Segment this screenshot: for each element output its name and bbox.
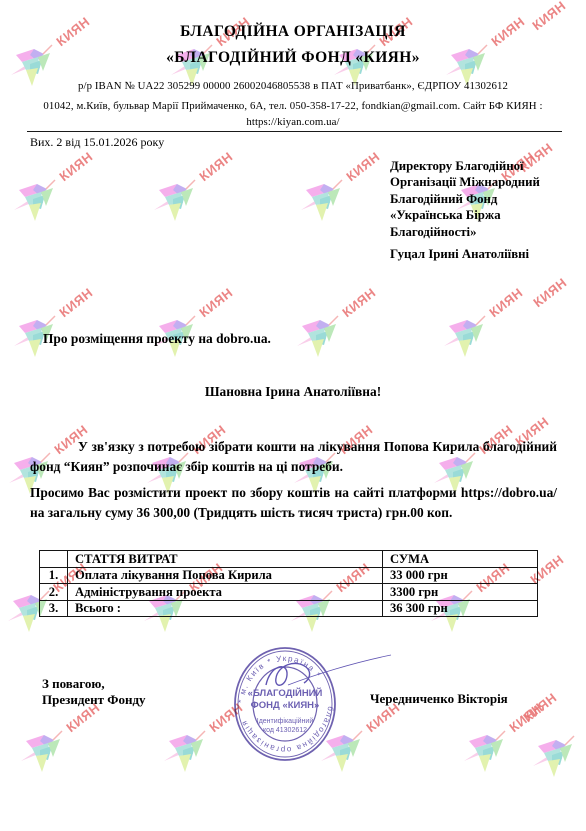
- header-cell-num: [40, 551, 68, 568]
- row-num: 3.: [40, 600, 68, 617]
- row-num: 2.: [40, 584, 68, 601]
- row-item: Оплата лікування Попова Кирила: [68, 567, 383, 584]
- row-num: 1.: [40, 567, 68, 584]
- recipient-line: Благодійний Фонд: [390, 191, 550, 207]
- address-line: 01042, м.Київ, бульвар Марії Приймаченко…: [0, 100, 586, 112]
- letter-page: { "header": { "org_type": "БЛАГОДІЙНА ОР…: [0, 0, 586, 831]
- kiyan-watermark-text: КИЯН: [486, 285, 525, 320]
- recipient-line: «Українська Біржа: [390, 207, 550, 223]
- paper-plane-watermark-icon: [532, 733, 576, 784]
- paper-plane-watermark-icon: [296, 313, 340, 364]
- recipient-line: Директору Благодійної: [390, 158, 550, 174]
- kiyan-watermark-text: КИЯН: [56, 285, 95, 320]
- outgoing-ref-line: Вих. 2 від 15.01.2026 року: [30, 135, 164, 150]
- subject-line: Про розміщення проекту на dobro.ua.: [43, 331, 271, 347]
- paper-plane-watermark-icon: [153, 177, 197, 228]
- stamp-center-line4: код 41302612: [263, 727, 307, 734]
- paper-plane-watermark-icon: [20, 728, 64, 779]
- recipient-block: Директору Благодійної Організації Міжнар…: [390, 158, 550, 262]
- stamp-center-line3: Ідентифікаційний: [257, 717, 314, 725]
- header-cell-sum: СУМА: [383, 551, 538, 568]
- salutation: Шановна Ірина Анатоліївна!: [0, 384, 586, 400]
- row-item: Адміністрування проекта: [68, 584, 383, 601]
- table-row: 2. Адміністрування проекта 3300 грн: [40, 584, 538, 601]
- bank-details-line: р/р IBAN № UA22 305299 00000 26002046805…: [0, 80, 586, 92]
- paper-plane-watermark-icon: [13, 177, 57, 228]
- stamp-center-line2: ФОНД «КИЯН»: [251, 700, 320, 711]
- kiyan-watermark-text: КИЯН: [343, 149, 382, 184]
- kiyan-watermark-text: КИЯН: [339, 285, 378, 320]
- kiyan-watermark-text: КИЯН: [196, 285, 235, 320]
- recipient-line: Організації Міжнародний: [390, 174, 550, 190]
- recipient-line: Благодійності»: [390, 224, 550, 240]
- org-type-title: БЛАГОДІЙНА ОРГАНІЗАЦІЯ: [0, 23, 586, 41]
- body-paragraph-1: У зв'язку з потребою зібрати кошти на лі…: [30, 437, 557, 477]
- table-header-row: СТАТТЯ ВИТРАТ СУМА: [40, 551, 538, 568]
- signer-title: Президент Фонду: [42, 692, 146, 708]
- row-sum: 33 000 грн: [383, 567, 538, 584]
- costs-table: СТАТТЯ ВИТРАТ СУМА 1. Оплата лікування П…: [39, 550, 538, 617]
- kiyan-watermark-text: КИЯН: [506, 700, 545, 735]
- kiyan-watermark-text: КИЯН: [56, 149, 95, 184]
- closing-block: З повагою, Президент Фонду: [42, 676, 146, 707]
- closing-line: З повагою,: [42, 676, 146, 692]
- row-sum: 3300 грн: [383, 584, 538, 601]
- kiyan-watermark-text: КИЯН: [196, 149, 235, 184]
- row-sum: 36 300 грн: [383, 600, 538, 617]
- stamp-center-line1: «БЛАГОДІЙНИЙ: [248, 687, 323, 699]
- table-row: 3. Всього : 36 300 грн: [40, 600, 538, 617]
- org-round-stamp: * м. Київ * Україна * благодійна організ…: [230, 643, 400, 770]
- kiyan-watermark-text: КИЯН: [530, 275, 569, 310]
- kiyan-watermark-text: КИЯН: [520, 690, 559, 725]
- row-item: Всього :: [68, 600, 383, 617]
- paper-plane-watermark-icon: [443, 313, 487, 364]
- website-line: https://kiyan.com.ua/: [0, 116, 586, 128]
- paper-plane-watermark-icon: [300, 177, 344, 228]
- body-paragraph-2: Просимо Вас розмістити проект по збору к…: [30, 483, 557, 523]
- paper-plane-watermark-icon: [163, 728, 207, 779]
- paper-plane-watermark-icon: [463, 728, 507, 779]
- table-row: 1. Оплата лікування Попова Кирила 33 000…: [40, 567, 538, 584]
- header-cell-item: СТАТТЯ ВИТРАТ: [68, 551, 383, 568]
- header-divider: [27, 131, 562, 132]
- org-name-title: «БЛАГОДІЙНИЙ ФОНД «КИЯН»: [0, 49, 586, 67]
- recipient-name: Гуцал Ірині Анатоліївні: [390, 246, 550, 262]
